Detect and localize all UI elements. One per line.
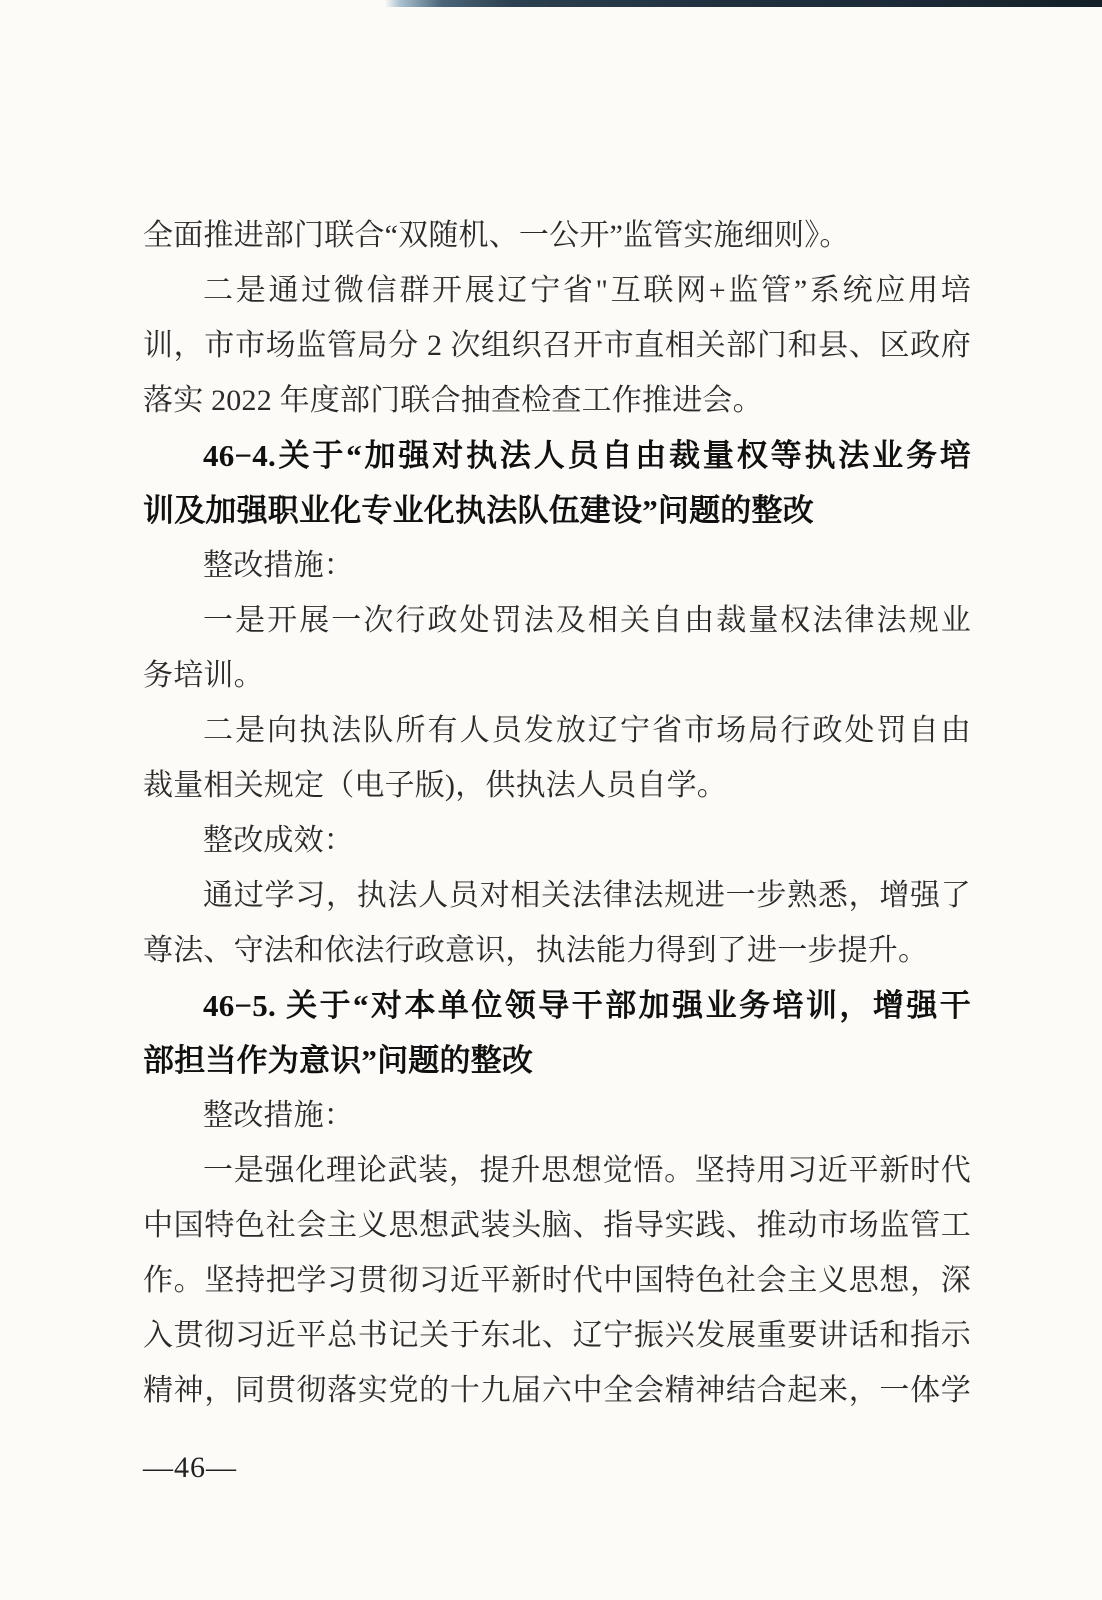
text-line: 务培训。 xyxy=(143,648,971,703)
scan-edge-artifact xyxy=(385,0,1102,7)
section-heading-line: 部担当作为意识”问题的整改 xyxy=(143,1033,971,1088)
section-heading-line: 46−4.关于“加强对执法人员自由裁量权等执法业务培 xyxy=(143,428,971,483)
text-line: 中国特色社会主义思想武装头脑、指导实践、推动市场监管工 xyxy=(143,1198,971,1253)
document-body: 全面推进部门联合“双随机、一公开”监管实施细则》。 二是通过微信群开展辽宁省"互… xyxy=(143,208,971,1418)
text-line: 精神，同贯彻落实党的十九届六中全会精神结合起来，一体学 xyxy=(143,1363,971,1418)
text-line: 一是强化理论武装，提升思想觉悟。坚持用习近平新时代 xyxy=(143,1143,971,1198)
text-line: 作。坚持把学习贯彻习近平新时代中国特色社会主义思想，深 xyxy=(143,1253,971,1308)
text-line: 整改成效： xyxy=(143,813,971,868)
text-line: 落实 2022 年度部门联合抽查检查工作推进会。 xyxy=(143,373,971,428)
text-line: 全面推进部门联合“双随机、一公开”监管实施细则》。 xyxy=(143,208,971,263)
section-heading-line: 46−5. 关于“对本单位领导干部加强业务培训，增强干 xyxy=(143,978,971,1033)
text-line: 二是通过微信群开展辽宁省"互联网+监管”系统应用培 xyxy=(143,263,971,318)
section-heading-line: 训及加强职业化专业化执法队伍建设”问题的整改 xyxy=(143,483,971,538)
text-line: 训，市市场监管局分 2 次组织召开市直相关部门和县、区政府 xyxy=(143,318,971,373)
text-line: 整改措施： xyxy=(143,1088,971,1143)
text-line: 裁量相关规定（电子版)，供执法人员自学。 xyxy=(143,758,971,813)
text-line: 一是开展一次行政处罚法及相关自由裁量权法律法规业 xyxy=(143,593,971,648)
text-line: 入贯彻习近平总书记关于东北、辽宁振兴发展重要讲话和指示 xyxy=(143,1308,971,1363)
text-line: 整改措施： xyxy=(143,538,971,593)
page-number: —46— xyxy=(143,1448,237,1488)
text-line: 尊法、守法和依法行政意识，执法能力得到了进一步提升。 xyxy=(143,923,971,978)
document-page: 全面推进部门联合“双随机、一公开”监管实施细则》。 二是通过微信群开展辽宁省"互… xyxy=(0,0,1102,1600)
text-line: 通过学习，执法人员对相关法律法规进一步熟悉，增强了 xyxy=(143,868,971,923)
text-line: 二是向执法队所有人员发放辽宁省市场局行政处罚自由 xyxy=(143,703,971,758)
